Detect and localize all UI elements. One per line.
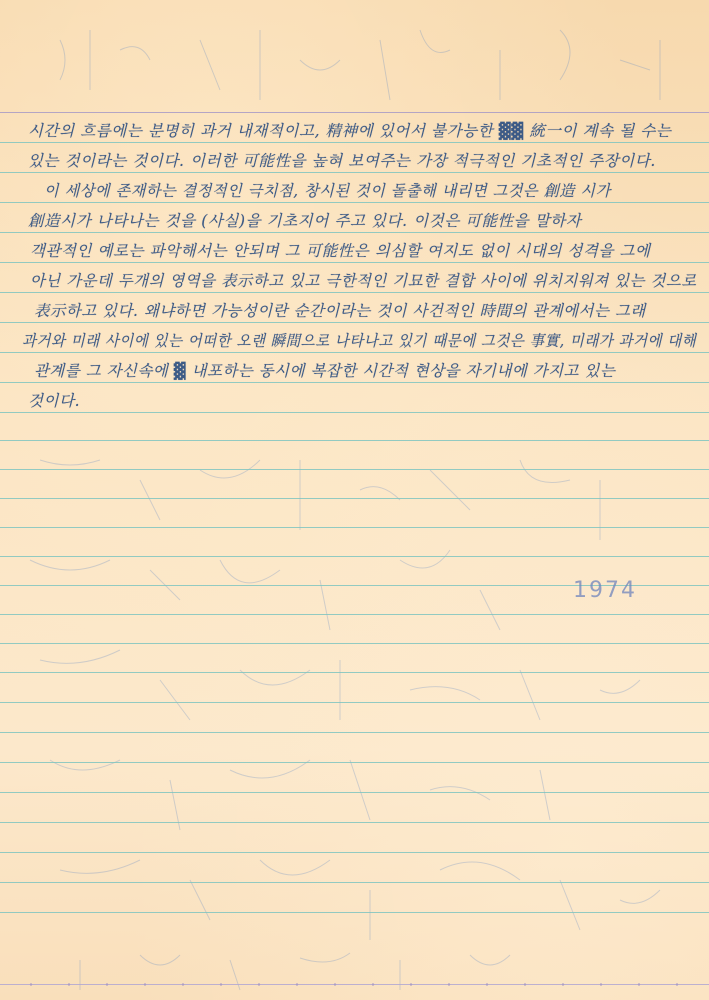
handwritten-line-9: 관계를 그 자신속에 ▓ 내포하는 동시에 복잡한 시간적 현상을 자기내에 가… bbox=[34, 356, 697, 386]
ruled-line bbox=[0, 643, 709, 644]
handwritten-line-5: 객관적인 예로는 파악해서는 안되며 그 可能性은 의심할 여지도 없이 시대의… bbox=[30, 236, 697, 266]
ruled-line bbox=[0, 440, 709, 441]
ruled-line bbox=[0, 792, 709, 793]
ruled-line bbox=[0, 498, 709, 499]
bottom-margin-rule bbox=[0, 984, 709, 985]
ruled-line bbox=[0, 732, 709, 733]
ruled-line bbox=[0, 469, 709, 470]
ruled-line bbox=[0, 672, 709, 673]
handwritten-line-4: 創造시가 나타나는 것을 (사실)을 기초지어 주고 있다. 이것은 可能性을 … bbox=[28, 206, 697, 236]
ruled-line bbox=[0, 882, 709, 883]
ruled-line bbox=[0, 852, 709, 853]
ruled-line bbox=[0, 556, 709, 557]
handwritten-line-10: 것이다. bbox=[28, 386, 697, 416]
ruled-line bbox=[0, 822, 709, 823]
handwritten-line-3: 이 세상에 존재하는 결정적인 극치점, 창시된 것이 돌출해 내리면 그것은 … bbox=[44, 176, 697, 206]
top-margin-rule bbox=[0, 112, 709, 113]
ruled-line bbox=[0, 614, 709, 615]
ruled-line bbox=[0, 702, 709, 703]
ruled-line bbox=[0, 912, 709, 913]
notebook-page: 시간의 흐름에는 분명히 과거 내재적이고, 精神에 있어서 불가능한 ▓▓ 統… bbox=[0, 0, 709, 1000]
handwritten-line-6: 아닌 가운데 두개의 영역을 表示하고 있고 극한적인 기묘한 결합 사이에 위… bbox=[30, 266, 692, 296]
handwritten-line-8: 과거와 미래 사이에 있는 어떠한 오랜 瞬間으로 나타나고 있기 때문에 그것… bbox=[22, 326, 646, 356]
ruled-line bbox=[0, 527, 709, 528]
handwritten-line-2: 있는 것이라는 것이다. 이러한 可能性을 높혀 보여주는 가장 적극적인 기초… bbox=[28, 146, 697, 176]
bleed-through-year-note: 1974 bbox=[573, 578, 637, 603]
ruled-line bbox=[0, 762, 709, 763]
handwritten-line-1: 시간의 흐름에는 분명히 과거 내재적이고, 精神에 있어서 불가능한 ▓▓ 統… bbox=[28, 116, 697, 146]
handwritten-line-7: 表示하고 있다. 왜냐하면 가능성이란 순간이라는 것이 사건적인 時間의 관계… bbox=[34, 296, 697, 326]
